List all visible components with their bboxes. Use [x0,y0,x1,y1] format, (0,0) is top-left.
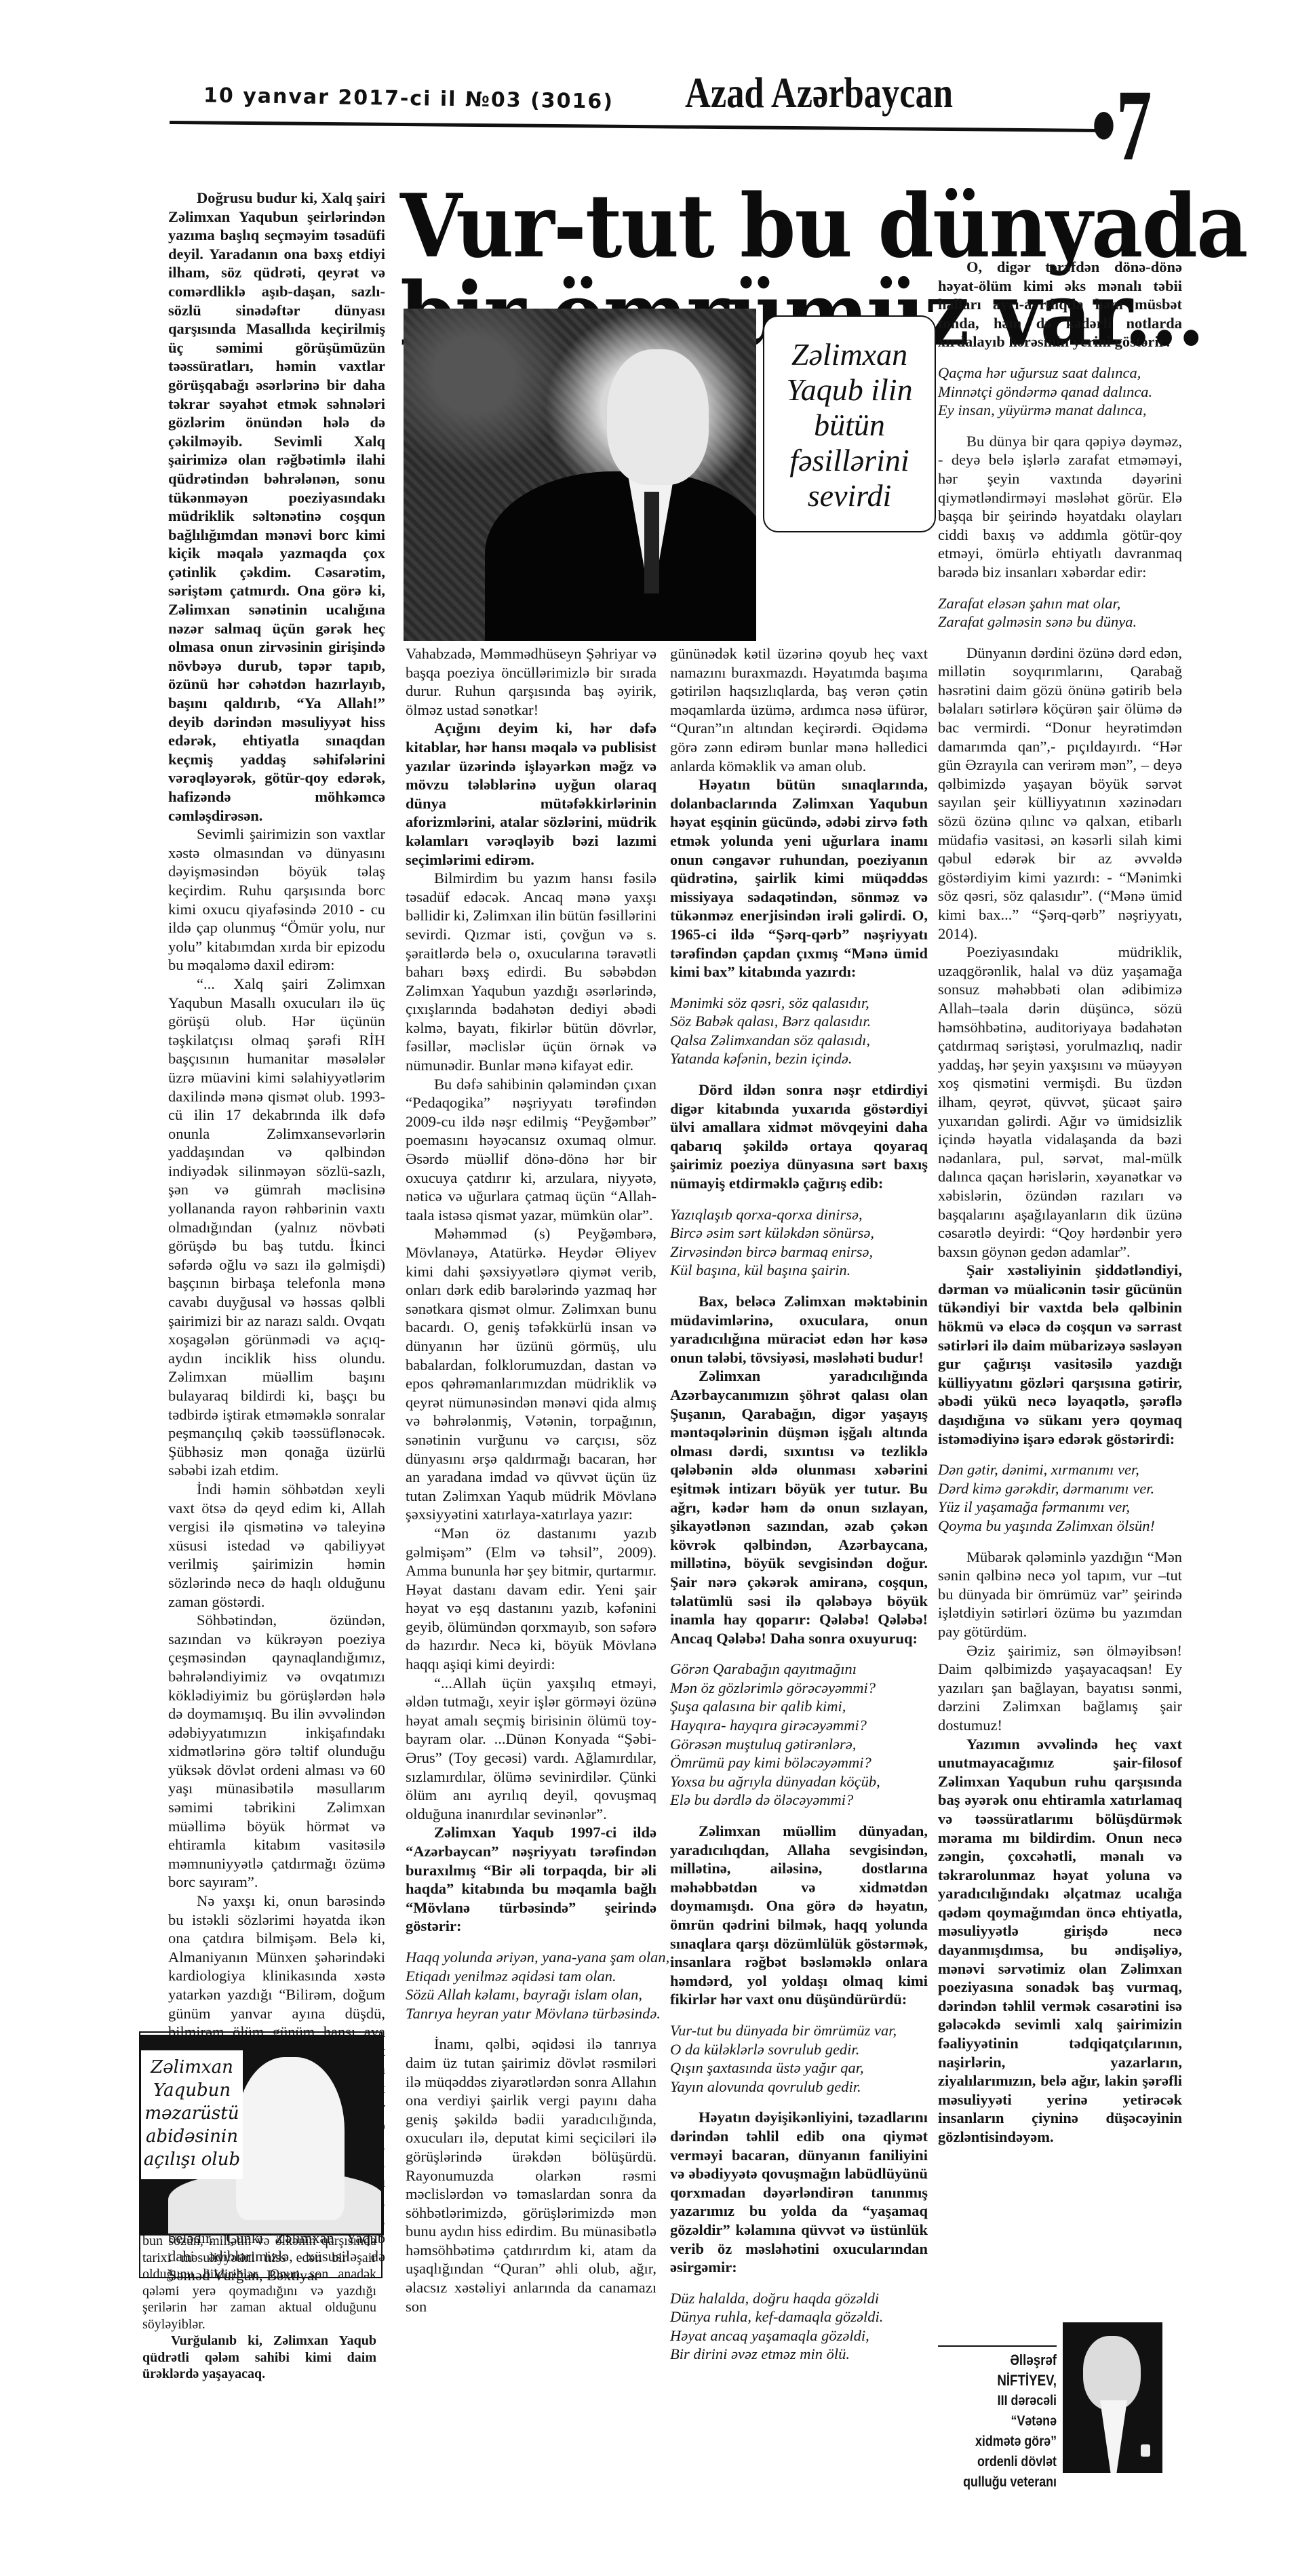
article-paragraph: Dünyanın dərdini özünə dərd edən, millət… [938,644,1182,943]
poem-line: Şuşa qalasına bir qalib kimi, [670,1697,928,1716]
pull-quote-callout: Zəlimxan Yaqub ilin bütün fəsillərini se… [763,315,936,532]
article-paragraph: O, digər tərəfdən dönə-dönə həyat-ölüm k… [938,258,1182,351]
issue-date: 10 yanvar 2017-ci il №03 (3016) [203,83,614,113]
poem-line: O da küləklərlə sovrulub gedir. [670,2040,928,2059]
page-number-value: 7 [1116,69,1152,182]
author-face-shape [1083,2336,1141,2411]
caption-line: Zəlimxan [141,2056,243,2079]
article-paragraph: Zəlimxan müəllim dünyadan, yaradıcılıqda… [670,1822,928,2009]
poem-line: Zarafat gəlməsin sənə bu dünya. [938,612,1182,631]
monument-figure-shape [236,2057,345,2220]
poem-line: Etiqadı yenilməz əqidəsi tam olan. [406,1967,656,1986]
article-paragraph: “Mən öz dastanımı yazıb gəlmişəm” (Elm v… [406,1524,656,1674]
author-name: Əlləşrəf NİFTİYEV, [956,2350,1057,2391]
newspaper-name: Azad Azərbaycan [685,68,953,118]
poem-line: Yatanda kəfənin, bezin içində. [670,1049,928,1068]
poem-line: Qaçma hər uğursuz saat dalınca, [938,364,1182,383]
article-paragraph: Mübarək qələminlə yazdığın “Mən sənin qə… [938,1548,1182,1641]
poem-excerpt: Vur-tut bu dünyada bir ömrümüz var,O da … [670,2021,928,2096]
poem-line: Zirvəsindən bircə barmaq enirsə, [670,1243,928,1262]
poem-line: Görəsən muştuluq gətirənlərə, [670,1735,928,1754]
poem-line: Ey insan, yüyürmə manat dalınca, [938,401,1182,420]
article-paragraph: Zəlimxan Yaqub 1997-ci ildə “Azərbaycan”… [406,1823,656,1936]
caption-line: məzarüstü [141,2102,243,2125]
poem-line: Söz Babək qalası, Bərz qalasıdır. [670,1012,928,1031]
article-paragraph: Dörd ildən sonra nəşr etdirdiyi digər ki… [670,1080,928,1193]
poem-line: Mən öz gözlərimlə görəcəyəmmi? [670,1679,928,1698]
article-paragraph: Sevimli şairimizin son vaxtlar xəstə olm… [168,825,385,975]
poem-line: Ömrümü pay kimi böləcəyəmmi? [670,1753,928,1772]
article-paragraph: Vahabzadə, Məmmədhüseyn Şəhriyar və başq… [406,644,656,719]
author-title-line: III dərəcəli “Vətənə [956,2391,1057,2432]
poem-line: Qalsa Zəlimxandan söz qalasıdı, [670,1031,928,1050]
article-paragraph: Həyatın bütün sınaqlarında, dolanbacları… [670,775,928,981]
poem-line: Minnətçi göndərmə qanad dalınca. [938,383,1182,402]
callout-line: sevirdi [764,478,935,513]
poem-line: Bircə əsim sərt küləkdən sönürsə, [670,1224,928,1243]
article-paragraph: Açığını deyim ki, hər dəfə kitablar, hər… [406,719,656,869]
poem-line: Düz halalda, doğru haqda gözəldi [670,2289,928,2308]
article-paragraph: “...Allah üçün yaxşılıq etməyi, əldən tu… [406,1674,656,1824]
article-paragraph: Doğrusu budur ki, Xalq şairi Zəlimxan Ya… [168,189,385,825]
signature-divider [938,2345,1057,2347]
poem-line: Qışın şaxtasında üstə yağır qar, [670,2058,928,2077]
poem-excerpt: Qaçma hər uğursuz saat dalınca,Minnətçi … [938,364,1182,420]
caption-line: Yaqubun [141,2079,243,2102]
article-paragraph: İnamı, qəlbi, əqidəsi ilə tanrıya daim ü… [406,2035,656,2316]
poem-line: Qoyma bu yaşında Zəlimxan ölsün! [938,1517,1182,1536]
poem-line: Dərd kimə gərəkdir, dərmanımı ver. [938,1479,1182,1498]
author-title-line: qulluğu veteranı [956,2472,1057,2493]
article-paragraph: “... Xalq şairi Zəlimxan Yaqubun Masallı… [168,975,385,1480]
monument-text-paragraph: bun sözün, millətin və ölkənin qarşısınd… [142,2233,376,2333]
poem-line: Bir dirini əvəz etməz min ölü. [670,2345,928,2364]
poem-line: Vur-tut bu dünyada bir ömrümüz var, [670,2021,928,2040]
article-paragraph: Əziz şairimiz, sən ölməyibsən! Daim qəlb… [938,1641,1182,1735]
face-shape [607,349,709,485]
article-paragraph: Zəlimxan yaradıcılığında Azərbaycanımızı… [670,1367,928,1647]
poem-excerpt: Düz halalda, doğru haqda gözəldiDünya ru… [670,2289,928,2364]
poem-line: Yoxsa bu ağrıyla dünyadan köçüb, [670,1772,928,1791]
callout-line: fəsillərini [764,443,935,478]
monument-text-paragraph: Vurğulanıb ki, Zəlimxan Yaqub qüdrətli q… [142,2333,376,2383]
author-title-line: ordenli dövlət [956,2452,1057,2472]
article-paragraph: Bax, beləcə Zəlimxan məktəbinin müdaviml… [670,1292,928,1367]
poem-excerpt: Yazıqlaşıb qorxa-qorxa dinirsə,Bircə əsi… [670,1205,928,1280]
poem-line: Kül başına, kül başına şairin. [670,1261,928,1280]
poem-line: Yazıqlaşıb qorxa-qorxa dinirsə, [670,1205,928,1224]
page-number: •7 [1091,75,1152,176]
page-number-dot: • [1091,69,1116,182]
article-paragraph: Bu dünya bir qara qəpiyə dəyməz, - deyə … [938,432,1182,582]
poem-line: Hayqıra- hayqıra girəcəyəmmi? [670,1716,928,1735]
poem-line: Dünya ruhla, kef-damaqla gözəldi. [670,2307,928,2326]
author-title-line: xidmətə görə” [956,2432,1057,2452]
poem-line: Görən Qarabağın qayıtmağını [670,1660,928,1679]
author-photo [1063,2322,1162,2473]
suit-shape [485,471,756,641]
poem-line: Dən gətir, dənimi, xırmanımı ver, [938,1460,1182,1479]
callout-line: Yaqub ilin [764,372,935,408]
poem-line: Elə bu dərdlə də öləcəyəmmi? [670,1791,928,1810]
tie-shape [644,492,659,593]
monument-photo: Zəlimxan Yaqubun məzarüstü abidəsinin aç… [139,2035,384,2236]
author-signature: Əlləşrəf NİFTİYEV, III dərəcəli “Vətənə … [956,2350,1057,2493]
poem-line: Yüz il yaşamağa fərmanımı ver, [938,1498,1182,1517]
article-column-4: O, digər tərəfdən dönə-dönə həyat-ölüm k… [938,258,1182,2147]
article-column-2: Vahabzadə, Məmmədhüseyn Şəhriyar və başq… [406,644,656,2316]
article-paragraph: Yazımın əvvəlində heç vaxt unutmayacağım… [938,1735,1182,2147]
article-paragraph: gününədək kətil üzərinə qoyub heç vaxt n… [670,644,928,775]
poem-line: Həyat ancaq yaşamaqla gözəldi, [670,2326,928,2345]
poem-excerpt: Görən Qarabağın qayıtmağınıMən öz gözlər… [670,1660,928,1810]
headline-line-1: Vur-tut bu dünyada [400,183,849,270]
poem-excerpt: Mənimki söz qəsri, söz qalasıdır,Söz Bab… [670,994,928,1068]
medal-icon [1141,2444,1150,2457]
poem-line: Sözü Allah kəlamı, bayrağı islam olan, [406,1985,656,2004]
monument-photo-caption: Zəlimxan Yaqubun məzarüstü abidəsinin aç… [141,2050,243,2179]
poet-photo [404,309,756,641]
monument-news-text: bun sözün, millətin və ölkənin qarşısınd… [142,2233,376,2383]
caption-line: abidəsinin [141,2125,243,2148]
article-paragraph: Söhbətindən, özündən, sazından və kükrəy… [168,1611,385,1892]
poem-line: Tanrıya heyran yatır Mövlanə türbəsində. [406,2004,656,2023]
poem-line: Haqq yolunda əriyən, yana-yana şam olan, [406,1948,656,1967]
article-paragraph: Poeziyasındakı müdriklik, uzaqgörənlik, … [938,943,1182,1261]
poem-excerpt: Zarafat eləsən şahın mat olar,Zarafat gə… [938,594,1182,631]
article-paragraph: Məhəmməd (s) Peyğəmbərə, Mövlanəyə, Atat… [406,1224,656,1524]
caption-line: açılışı olub [141,2148,243,2171]
article-paragraph: Bu dəfə sahibinin qələmindən çıxan “Peda… [406,1075,656,1225]
poem-excerpt: Dən gətir, dənimi, xırmanımı ver,Dərd ki… [938,1460,1182,1535]
poem-line: Mənimki söz qəsri, söz qalasıdır, [670,994,928,1013]
article-paragraph: Şair xəstəliyinin şiddətləndiyi, dərman … [938,1261,1182,1448]
article-column-3: gününədək kətil üzərinə qoyub heç vaxt n… [670,644,928,2376]
article-paragraph: İndi həmin söhbətdən xeyli vaxt ötsə də … [168,1480,385,1611]
masthead-divider [170,121,1099,132]
article-paragraph: Bilmirdim bu yazım hansı fəsilə təsadüf … [406,869,656,1075]
poem-line: Zarafat eləsən şahın mat olar, [938,594,1182,613]
callout-line: bütün [764,408,935,443]
article-column-1: Doğrusu budur ki, Xalq şairi Zəlimxan Ya… [168,189,385,2285]
author-shirt-shape [1100,2400,1127,2473]
poem-line: Yayın alovunda qovrulub gedir. [670,2077,928,2096]
article-paragraph: Həyatın dəyişikənliyini, təzadlarını dər… [670,2108,928,2276]
callout-line: Zəlimxan [764,337,935,372]
poem-excerpt: Haqq yolunda əriyən, yana-yana şam olan,… [406,1948,656,2023]
